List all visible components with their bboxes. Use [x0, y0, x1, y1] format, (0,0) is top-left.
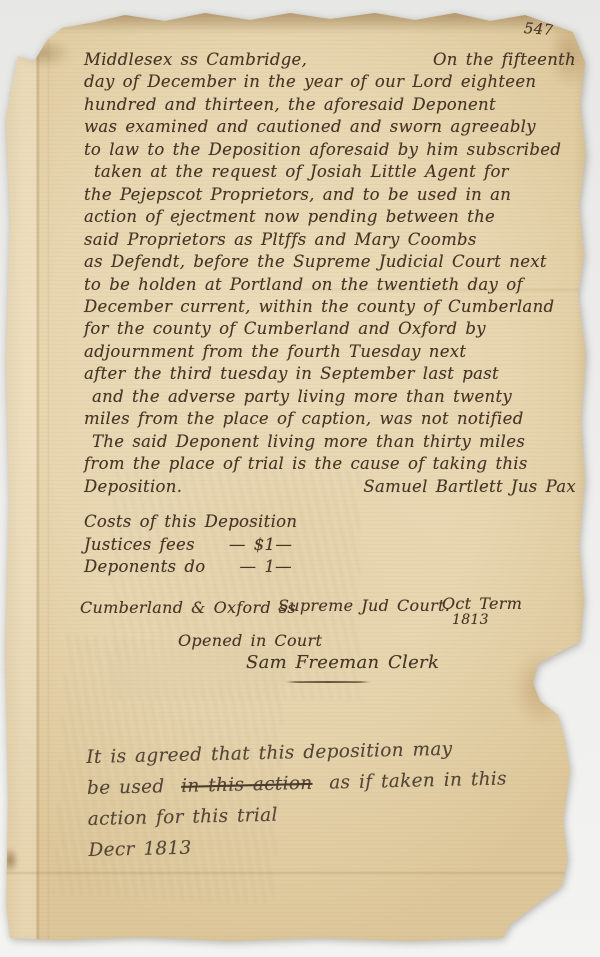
- signature-flourish-line: [284, 681, 372, 683]
- court-term-year: 1813: [452, 612, 489, 628]
- agreement-line2-post: as if taken in this: [329, 768, 507, 793]
- clerk-signature: Sam Freeman Clerk: [246, 652, 439, 673]
- scanned-document-page: 547 Middlesex ss Cambridge, On the fifte…: [0, 0, 600, 957]
- manuscript-paper: 547 Middlesex ss Cambridge, On the fifte…: [0, 0, 600, 957]
- agreement-struck-text: in this action: [181, 773, 313, 797]
- right-edge-dark-spot: [570, 810, 582, 824]
- court-term: Oct Term: [442, 594, 522, 613]
- court-jurisdiction: Cumberland & Oxford ss: [80, 598, 296, 617]
- agreement-line2-pre: be used: [87, 776, 165, 799]
- paper-sheet-wrap: 547 Middlesex ss Cambridge, On the fifte…: [0, 0, 600, 957]
- opened-in-court: Opened in Court: [178, 631, 322, 650]
- court-name: Supreme Jud Court.: [278, 596, 450, 615]
- agreement-note: It is agreed that this deposition may be…: [86, 732, 529, 866]
